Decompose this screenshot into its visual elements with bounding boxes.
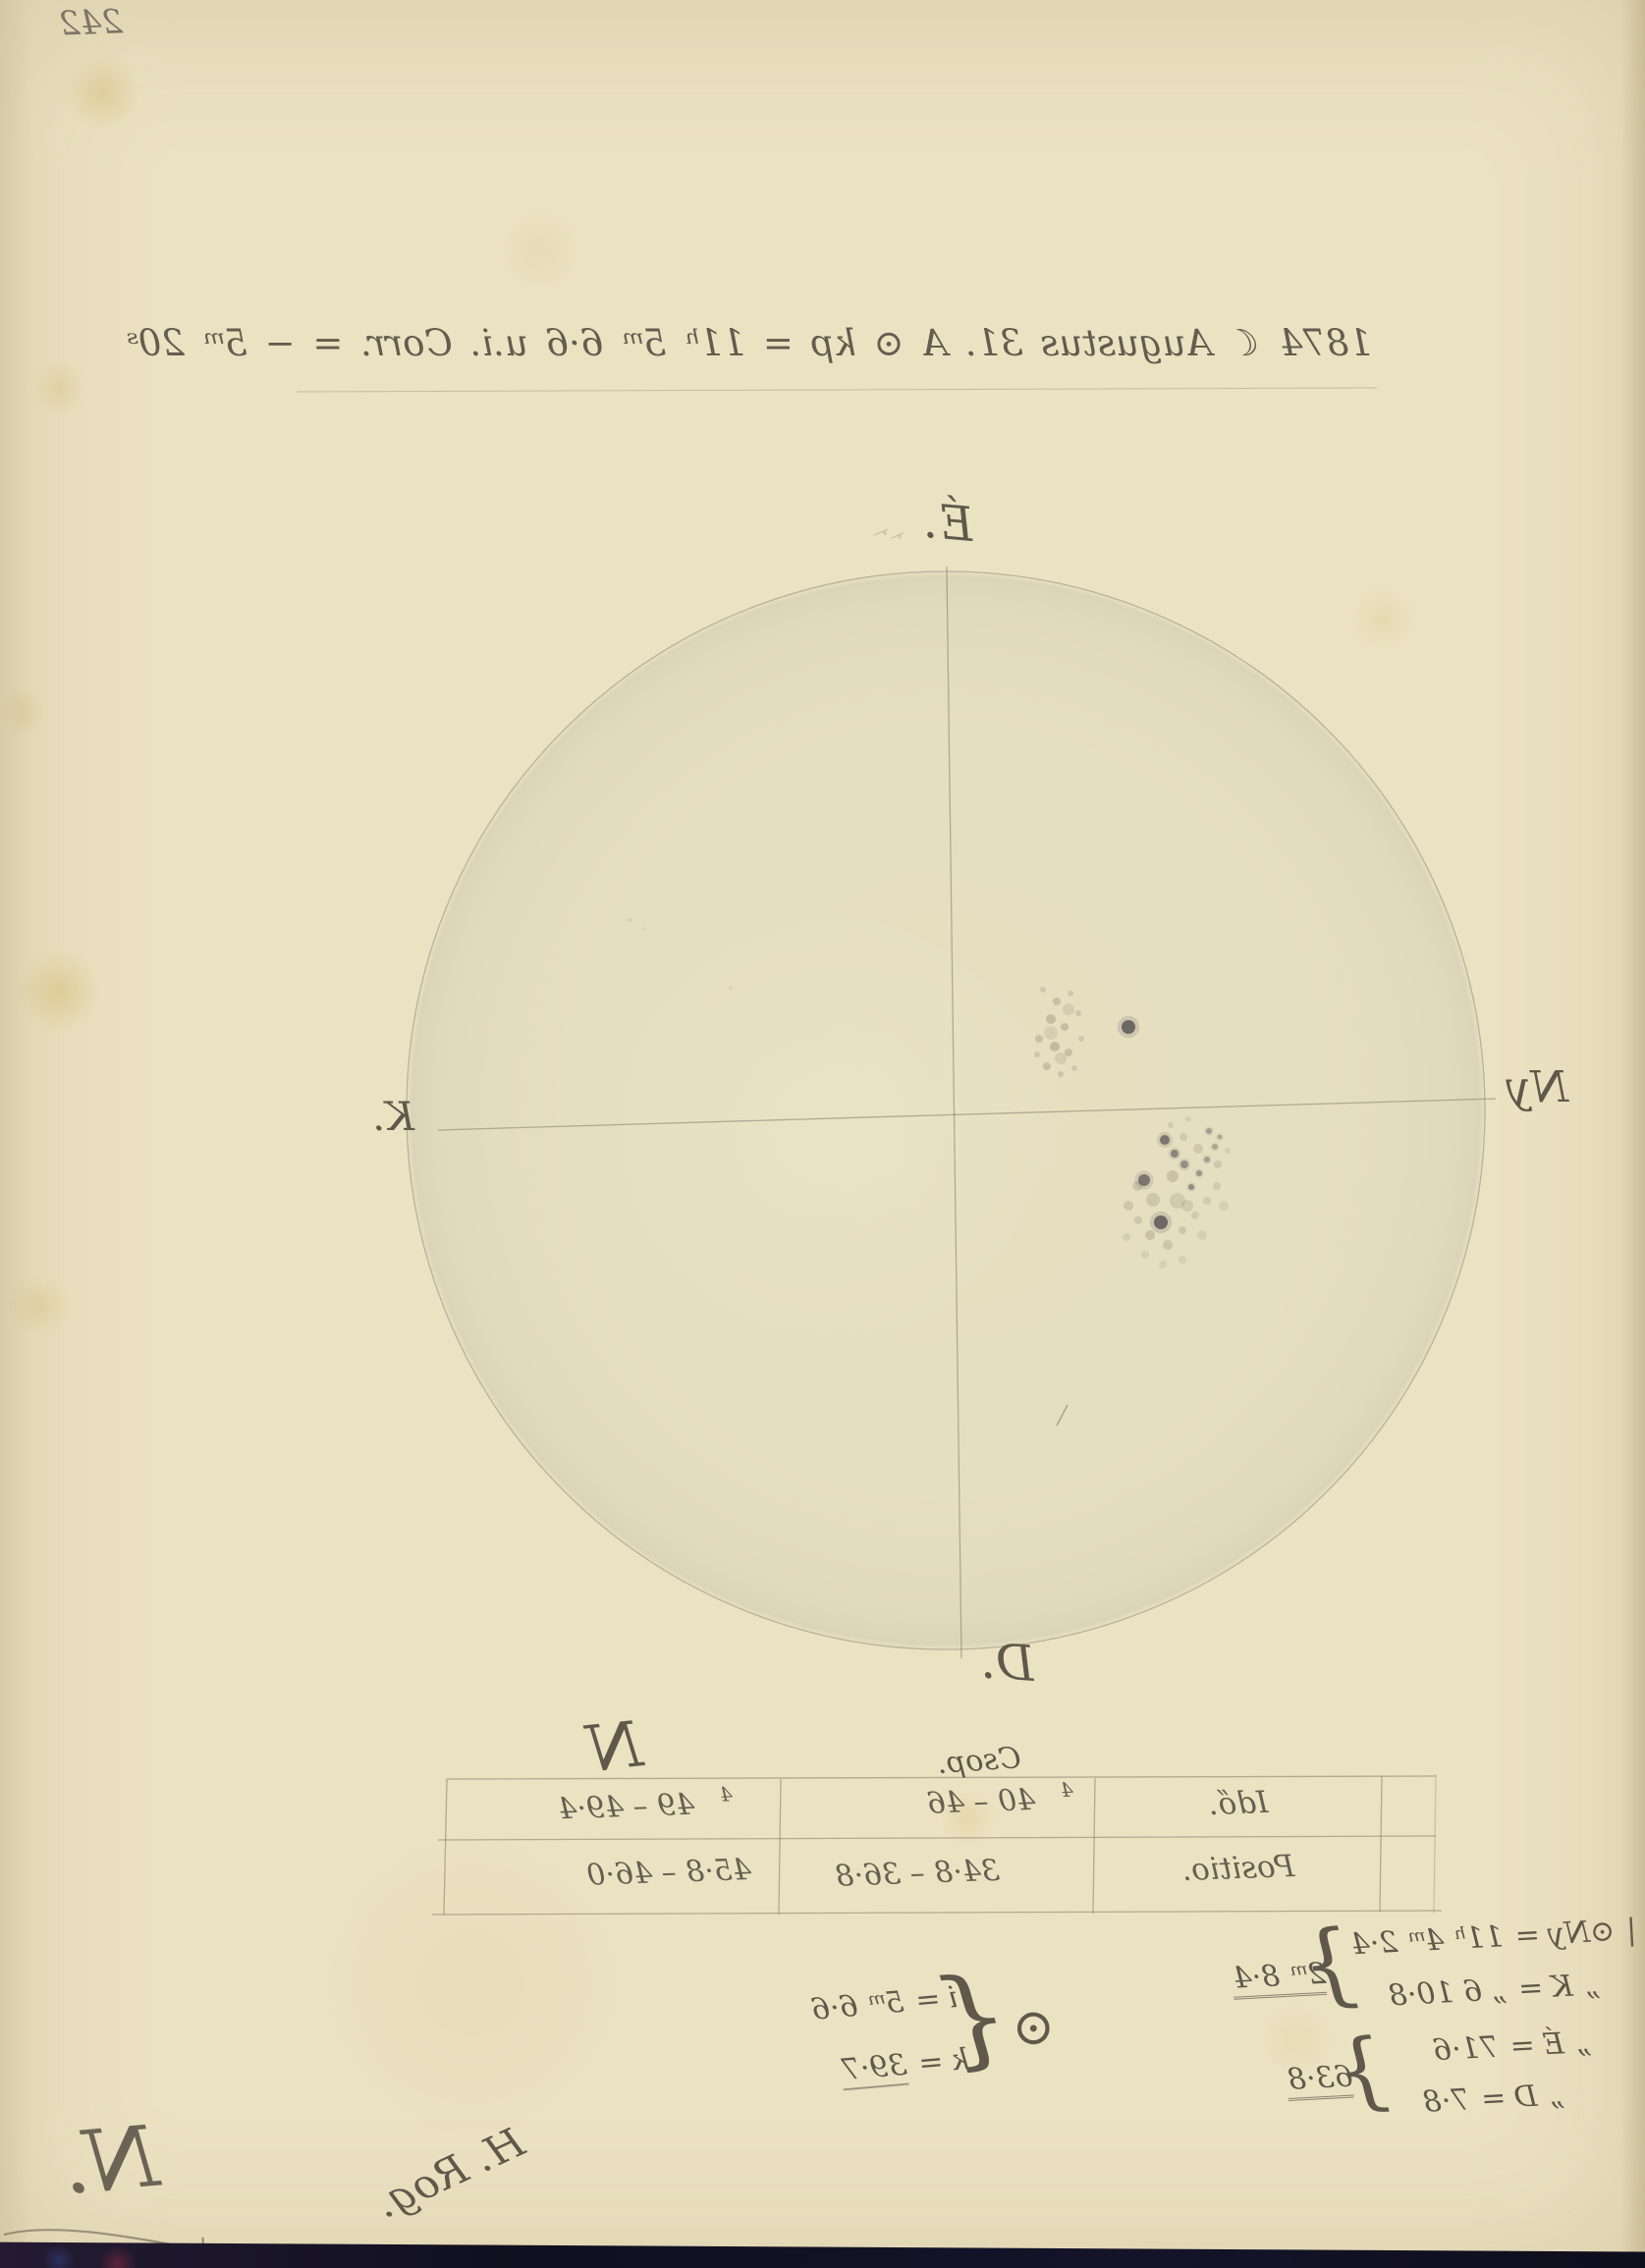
compass-label-north: É. xyxy=(901,494,976,578)
limb-label: É xyxy=(1542,2026,1565,2062)
calc-row-south-limb: „D=7·8 xyxy=(1422,2079,1565,2119)
limb-reading: 7·8 xyxy=(1422,2082,1470,2119)
limb-label: D xyxy=(1512,2079,1538,2115)
ditto-mark: „ xyxy=(1584,1968,1601,2003)
limb-time: 11ʰ 4ᵐ 2·4 xyxy=(1350,1919,1505,1962)
time-difference: 2ᵐ 8·4 xyxy=(1233,1958,1328,2000)
hour-superscript: 4 xyxy=(719,1782,733,1806)
equals-sign: = xyxy=(1480,2080,1507,2116)
sun-measure-line-i: i=5ᵐ 6·6 xyxy=(810,1981,960,2026)
compass-label-south: D. xyxy=(919,1630,1037,1706)
solar-disk-circle xyxy=(407,571,1485,1649)
measure-value: 5ᵐ 6·6 xyxy=(809,1985,905,2027)
ditto-mark: „ xyxy=(1548,2078,1564,2113)
calc-row-north-limb: „É=71·6 xyxy=(1432,2026,1592,2067)
sun-measure-block: ⊙ { i=5ᵐ 6·6 k=39·7 xyxy=(809,1966,1061,2124)
limb-time: „ 6 10·8 xyxy=(1388,1972,1508,2013)
sun-symbol: ⊙ xyxy=(1010,1998,1057,2058)
equals-sign: = xyxy=(1514,1917,1541,1953)
reading-difference: 63·8 xyxy=(1287,2061,1354,2101)
page-number: 242 xyxy=(28,4,124,51)
limb-label: K xyxy=(1550,1970,1573,2005)
table-cell-n-positio: 45·8 – 46·0 xyxy=(524,1854,751,1894)
time-range: 49 – 49·4 xyxy=(558,1788,695,1827)
time-range: 40 – 46 xyxy=(926,1783,1036,1821)
compass-label-east: K. xyxy=(346,1096,414,1155)
limb-label: ⊙Ny xyxy=(1547,1914,1616,1952)
limb-calculations: |⊙Ny=11ʰ 4ᵐ 2·4 „K=„ 6 10·8 } 2ᵐ 8·4 „É=… xyxy=(1223,1910,1645,2139)
calc-row-east-limb: „K=„ 6 10·8 xyxy=(1388,1969,1601,2012)
variable-label: k xyxy=(950,2042,970,2078)
hour-superscript: 4 xyxy=(1060,1778,1073,1802)
limb-reading: 71·6 xyxy=(1432,2030,1500,2068)
ditto-mark: „ xyxy=(1575,2025,1592,2061)
compass-label-west: Ny xyxy=(1485,1064,1568,1133)
observation-header: 1874 ☾ Augustus 31. A ⊙ kp = 11ʰ 5ᵐ 6·6 … xyxy=(309,324,1372,393)
equals-sign: = xyxy=(914,1981,942,2018)
scanned-notebook-page: 242 1874 ☾ Augustus 31. A ⊙ kp = 11ʰ 5ᵐ … xyxy=(0,0,1645,2268)
equals-sign: = xyxy=(1517,1971,1544,2006)
equals-sign: = xyxy=(1509,2028,1536,2064)
tick-mark: | xyxy=(1625,1913,1637,1947)
table-cell-csop-positio: 34·8 – 36·8 xyxy=(824,1855,1000,1893)
measure-value: 39·7 xyxy=(840,2048,908,2091)
corner-initial: N. xyxy=(7,2111,163,2232)
equals-sign: = xyxy=(917,2044,945,2080)
